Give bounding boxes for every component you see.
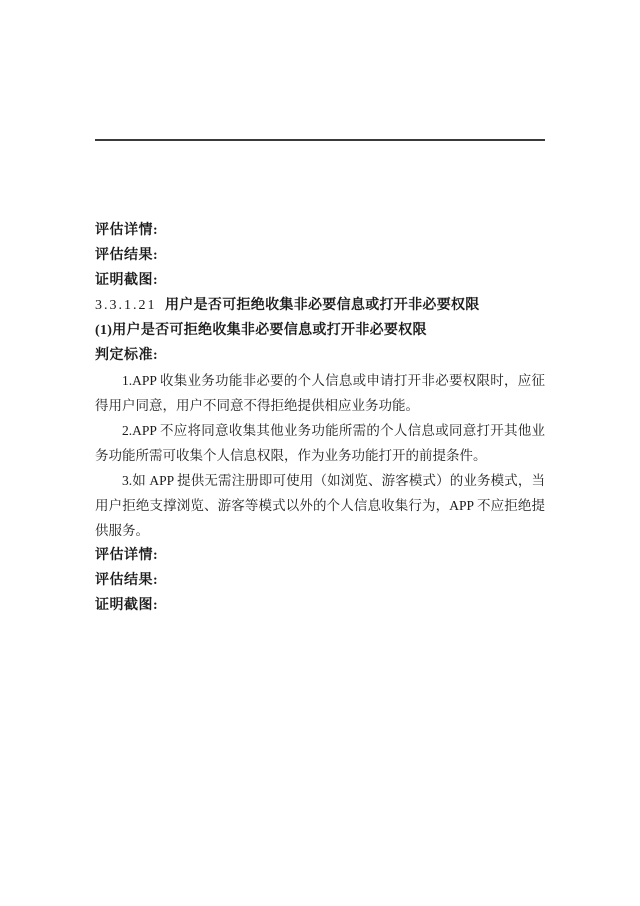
- section-number: 3.3.1.21: [95, 298, 157, 313]
- document-content: 评估详情: 评估结果: 证明截图: 3.3.1.21 用户是否可拒绝收集非必要信…: [95, 218, 545, 618]
- evaluation-detail-label: 评估详情:: [95, 543, 545, 568]
- section-heading: 3.3.1.21 用户是否可拒绝收集非必要信息或打开非必要权限: [95, 293, 545, 318]
- criteria-item-3: 3.如 APP 提供无需注册即可使用（如浏览、游客模式）的业务模式，当用户拒绝支…: [95, 468, 545, 543]
- subsection-heading: (1)用户是否可拒绝收集非必要信息或打开非必要权限: [95, 318, 545, 343]
- header-divider-line: [95, 139, 545, 141]
- proof-screenshot-label: 证明截图:: [95, 593, 545, 618]
- evaluation-result-label: 评估结果:: [95, 243, 545, 268]
- document-page: 评估详情: 评估结果: 证明截图: 3.3.1.21 用户是否可拒绝收集非必要信…: [0, 0, 640, 906]
- proof-screenshot-label: 证明截图:: [95, 268, 545, 293]
- evaluation-labels-bottom: 评估详情: 评估结果: 证明截图:: [95, 543, 545, 618]
- criteria-item-2: 2.APP 不应将同意收集其他业务功能所需的个人信息或同意打开其他业务功能所需可…: [95, 418, 545, 468]
- criteria-item-1: 1.APP 收集业务功能非必要的个人信息或申请打开非必要权限时，应征得用户同意，…: [95, 368, 545, 418]
- evaluation-labels-top: 评估详情: 评估结果: 证明截图:: [95, 218, 545, 293]
- evaluation-result-label: 评估结果:: [95, 568, 545, 593]
- section-title: 用户是否可拒绝收集非必要信息或打开非必要权限: [165, 298, 480, 313]
- criteria-label: 判定标准:: [95, 343, 545, 368]
- evaluation-detail-label: 评估详情:: [95, 218, 545, 243]
